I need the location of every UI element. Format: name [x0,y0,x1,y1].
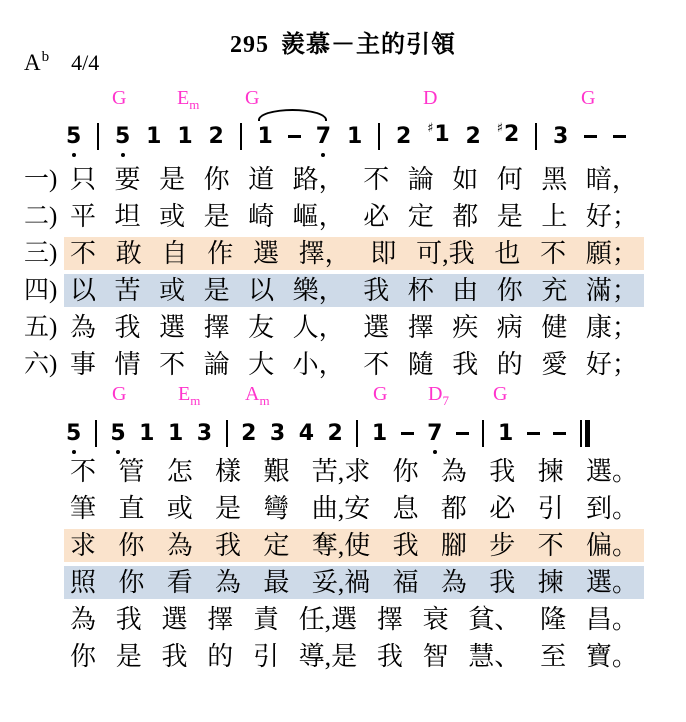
lyric-syllable: 我 [452,348,478,381]
lyric-syllable: 任,選 [299,603,358,636]
duration-dash [613,135,626,138]
verse-label: 三) [24,237,57,270]
chord-quality-sub: 7 [442,393,449,408]
lyric-syllable: 看 [167,566,193,599]
final-bar-line [580,420,590,447]
lyric-line: 不管怎樣艱苦,求你為我揀選。 [64,455,644,488]
lyric-row: 照你看為最妥,禍福為我揀選。 [0,566,686,599]
lyric-syllable: 好； [586,348,638,381]
lyric-syllable: 黑 [541,163,567,196]
note: 2 [241,420,256,447]
lyric-syllable: 昌。 [586,603,638,636]
note: 5 [66,420,81,447]
lyric-syllable: 是 [159,163,185,196]
bar-line [356,420,358,447]
lyric-row: 筆直或是彎曲,安息都必引到。 [0,492,686,525]
chord-quality-sub: m [259,393,269,408]
bar-line [535,123,537,150]
chord-line-1: G Em G D G [0,87,686,111]
flat-accidental: b [42,49,50,65]
lyric-syllable: 貧、 [468,603,520,636]
lyric-syllable: 隆 [540,603,566,636]
lyric-syllable: 揀 [538,455,564,488]
note: 1 [139,420,154,447]
duration-dash [456,432,469,435]
lyric-syllable: 人， [293,311,345,344]
notes-line-1: 551121712♯12♯23 [66,119,626,153]
lyric-row: 二)平坦或是崎嶇，必定都是上好； [0,200,686,233]
lyric-syllable: 為 [70,311,96,344]
lyric-syllable: 都 [452,200,478,233]
lyric-syllable: 我 [116,603,142,636]
lyric-syllable: 求 [70,529,96,562]
lyric-syllable: 健 [541,311,567,344]
chord-root: A [245,383,259,405]
lyric-syllable: 的 [207,640,233,673]
note: ♯2 [497,121,520,151]
lyric-syllable: 照 [70,566,96,599]
lyric-syllable: 選 [159,311,185,344]
lyric-syllable: 隨 [408,348,434,381]
lyric-syllable: 大 [248,348,274,381]
lyric-syllable: 道 [248,163,274,196]
lyric-row: 為我選擇責任,選擇衰貧、隆昌。 [0,603,686,636]
lyric-syllable: 即 [370,237,396,270]
note: 1 [347,123,362,150]
lyric-syllable: 定 [408,200,434,233]
lyric-syllable: 擇 [408,311,434,344]
lyric-syllable: 論 [204,348,230,381]
lyric-syllable: 為 [441,566,467,599]
chord-root: G [112,87,126,109]
lyric-syllable: 擇 [207,603,233,636]
duration-dash [401,432,414,435]
note: 3 [270,420,285,447]
lyric-syllable: 暗， [586,163,638,196]
lyric-syllable: 你 [204,163,230,196]
lyric-syllable: 選。 [586,455,638,488]
lyric-syllable: 步 [489,529,515,562]
lyric-syllable: 都 [441,492,467,525]
chord-root: G [493,383,507,405]
bar-line [378,123,380,150]
lyric-syllable: 苦,求 [312,455,371,488]
lyric-syllable: 必 [489,492,515,525]
duration-dash [527,432,540,435]
chord-root: G [112,383,126,405]
verse-label: 一) [24,163,57,196]
lyric-syllable: 或 [159,274,185,307]
key-signature: Ab4/4 [24,50,99,76]
chord-quality-sub: m [190,393,200,408]
lyric-syllable: 何 [497,163,523,196]
lyric-line: 只要是你道路，不論如何黑暗， [64,163,644,196]
lyric-syllable: 作 [207,237,233,270]
lyric-syllable: 滿； [586,274,638,307]
chord-symbol: D7 [428,383,449,409]
lyric-syllable: 我 [393,529,419,562]
lyric-syllable: 是 [116,640,142,673]
note: 5 [110,420,125,447]
lyric-syllable: 必 [363,200,389,233]
lyric-syllable: 苦 [115,274,141,307]
lyric-syllable: 為 [70,603,96,636]
lyric-syllable: 腳 [441,529,467,562]
lyric-syllable: 到。 [586,492,638,525]
lyric-syllable: 自 [161,237,187,270]
lyric-syllable: 為 [441,455,467,488]
lyric-syllable: 我 [489,566,515,599]
bar-line [482,420,484,447]
lyric-syllable: 直 [118,492,144,525]
chord-symbol: G [493,383,507,409]
lyric-syllable: 你 [497,274,523,307]
lyric-syllable: 或 [167,492,193,525]
lyric-syllable: 情 [115,348,141,381]
lyric-syllable: 福 [393,566,419,599]
chord-quality-sub: m [189,97,199,112]
lyric-row: 求你為我定奪,使我腳步不偏。 [0,529,686,562]
chord-root: G [245,87,259,109]
lyric-syllable: 疾 [452,311,478,344]
note: ♯1 [427,121,450,151]
lyric-syllable: 偏。 [586,529,638,562]
lyric-syllable: 如 [452,163,478,196]
lyric-syllable: 選 [161,603,187,636]
lyric-syllable: 嶇， [293,200,345,233]
lyric-syllable: 好； [586,200,638,233]
lyric-row: 四)以苦或是以樂，我杯由你充滿； [0,274,686,307]
note: 1 [372,420,387,447]
lyric-syllable: 愛 [541,348,567,381]
lyric-syllable: 我 [161,640,187,673]
lyric-syllable: 我 [363,274,389,307]
lyric-syllable: 至 [540,640,566,673]
note: 2 [466,123,481,150]
lyric-syllable: 定 [263,529,289,562]
chord-root: E [177,87,189,109]
lyric-syllable: 慧、 [468,640,520,673]
lyric-syllable: 是 [497,200,523,233]
lyric-syllable: 我 [115,311,141,344]
note: 2 [328,420,343,447]
lyric-syllable: 或 [159,200,185,233]
lyric-line: 求你為我定奪,使我腳步不偏。 [64,529,644,562]
verse-label: 五) [24,311,57,344]
chord-symbol: G [112,87,126,113]
lyric-syllable: 樣 [215,455,241,488]
lyric-syllable: 寶。 [586,640,638,673]
lyric-syllable: 以 [70,274,96,307]
notes-line-2: 551132342171 [66,416,590,450]
note: 5 [66,123,81,150]
note: 7 [316,123,331,150]
lyric-syllable: 杯 [408,274,434,307]
lyric-syllable: 彎 [263,492,289,525]
note: 2 [396,123,411,150]
lyric-syllable: 你 [393,455,419,488]
lyric-row: 六)事情不論大小，不隨我的愛好； [0,348,686,381]
lyric-row: 不管怎樣艱苦,求你為我揀選。 [0,455,686,488]
lyric-syllable: 的 [497,348,523,381]
note: 7 [427,420,442,447]
lyric-syllable: 平 [70,200,96,233]
verse-label: 六) [24,348,57,381]
lyric-syllable: 為 [215,566,241,599]
lyric-syllable: 是 [215,492,241,525]
lyric-line: 平坦或是崎嶇，必定都是上好； [64,200,644,233]
lyric-syllable: 不 [70,237,96,270]
lyric-syllable: 樂， [293,274,345,307]
lyric-syllable: 最 [263,566,289,599]
lyric-line: 事情不論大小，不隨我的愛好； [64,348,644,381]
verse-label: 四) [24,274,57,307]
lyric-syllable: 你 [70,640,96,673]
chord-symbol: Am [245,383,270,409]
time-signature: 4/4 [71,50,99,75]
lyric-syllable: 是 [204,274,230,307]
lyric-syllable: 願； [586,237,638,270]
lyric-syllable: 論 [408,163,434,196]
note: 4 [299,420,314,447]
note: 1 [257,123,272,150]
lyric-syllable: 也 [494,237,520,270]
bar-line [226,420,228,447]
lyric-syllable: 衰 [423,603,449,636]
chord-root: E [178,383,190,405]
lyric-syllable: 只 [70,163,96,196]
lyric-syllable: 敢 [116,237,142,270]
sharp-icon: ♯ [497,121,503,136]
duration-dash [553,432,566,435]
lyric-syllable: 為 [167,529,193,562]
page-title: 295羨慕－主的引領 [0,24,686,59]
lyric-syllable: 選 [253,237,279,270]
lyric-line: 以苦或是以樂，我杯由你充滿； [64,274,644,307]
lyric-syllable: 我 [215,529,241,562]
lyric-syllable: 引 [538,492,564,525]
lyric-syllable: 智 [423,640,449,673]
chord-symbol: G [581,87,595,113]
lyric-syllable: 怎 [167,455,193,488]
key-root: A [24,50,41,75]
lyric-syllable: 不 [538,529,564,562]
lyric-syllable: 由 [452,274,478,307]
lyric-line: 不敢自作選擇，即可,我也不願； [64,237,644,270]
lyric-syllable: 友 [248,311,274,344]
note: 5 [115,123,130,150]
lyric-syllable: 擇， [299,237,351,270]
verse-label: 二) [24,200,57,233]
lyric-syllable: 上 [541,200,567,233]
lyric-row: 一)只要是你道路，不論如何黑暗， [0,163,686,196]
lyric-syllable: 小， [293,348,345,381]
lyric-syllable: 你 [118,529,144,562]
lyric-syllable: 不 [159,348,185,381]
note: 3 [553,123,568,150]
lyric-syllable: 不 [363,163,389,196]
tie-group: 17 [257,123,331,150]
chord-root: G [581,87,595,109]
hymn-title-text: 羨慕－主的引領 [281,32,456,58]
lyric-row: 五)為我選擇友人，選擇疾病健康； [0,311,686,344]
lyric-syllable: 不 [540,237,566,270]
lyric-syllable: 筆 [70,492,96,525]
lyric-syllable: 是 [204,200,230,233]
lyric-syllable: 曲,安 [312,492,371,525]
note: 2 [208,123,223,150]
chord-root: G [373,383,387,405]
lyric-line: 為我選擇友人，選擇疾病健康； [64,311,644,344]
lyric-syllable: 可,我 [416,237,475,270]
lyric-syllable: 擇 [204,311,230,344]
lyric-syllable: 奪,使 [312,529,371,562]
chord-root: D [428,383,442,405]
lyric-syllable: 我 [377,640,403,673]
lyric-syllable: 你 [118,566,144,599]
sharp-icon: ♯ [427,121,433,136]
chord-symbol: D [423,87,437,113]
note: 1 [168,420,183,447]
chord-symbol: G [112,383,126,409]
lyric-syllable: 妥,禍 [312,566,371,599]
chord-line-2: G Em Am G D7 G [0,383,686,407]
chord-symbol: G [245,87,259,113]
lyric-syllable: 坦 [115,200,141,233]
lyric-line: 筆直或是彎曲,安息都必引到。 [64,492,644,525]
lyric-syllable: 事 [70,348,96,381]
hymn-number: 295 [230,32,269,58]
chord-symbol: Em [177,87,199,113]
lyric-line: 為我選擇責任,選擇衰貧、隆昌。 [64,603,644,636]
note: 1 [177,123,192,150]
lyric-syllable: 選 [363,311,389,344]
chord-symbol: G [373,383,387,409]
lyric-syllable: 充 [541,274,567,307]
lyric-syllable: 揀 [538,566,564,599]
lyric-syllable: 息 [393,492,419,525]
note: 1 [498,420,513,447]
lyric-syllable: 路， [293,163,345,196]
bar-line [95,420,97,447]
lyric-syllable: 管 [118,455,144,488]
lyric-syllable: 導,是 [299,640,358,673]
lyric-row: 你是我的引導,是我智慧、至寶。 [0,640,686,673]
bar-line [97,123,99,150]
lyric-syllable: 不 [363,348,389,381]
lyric-syllable: 引 [253,640,279,673]
chord-root: D [423,87,437,109]
lyric-syllable: 艱 [263,455,289,488]
lyric-syllable: 病 [497,311,523,344]
lyric-syllable: 康； [586,311,638,344]
lyric-syllable: 選。 [586,566,638,599]
lyric-syllable: 不 [70,455,96,488]
hymn-sheet-page: 295羨慕－主的引領 Ab4/4 G Em G D G 551121712♯12… [0,0,686,722]
lyric-syllable: 要 [115,163,141,196]
duration-dash [584,135,597,138]
lyric-syllable: 以 [248,274,274,307]
lyric-syllable: 崎 [248,200,274,233]
note: 3 [197,420,212,447]
lyric-syllable: 責 [253,603,279,636]
lyric-line: 照你看為最妥,禍福為我揀選。 [64,566,644,599]
lyric-syllable: 我 [489,455,515,488]
chord-symbol: Em [178,383,200,409]
note: 1 [146,123,161,150]
lyric-line: 你是我的引導,是我智慧、至寶。 [64,640,644,673]
lyric-syllable: 擇 [377,603,403,636]
duration-dash [288,135,301,138]
bar-line [240,123,242,150]
lyric-row: 三)不敢自作選擇，即可,我也不願； [0,237,686,270]
